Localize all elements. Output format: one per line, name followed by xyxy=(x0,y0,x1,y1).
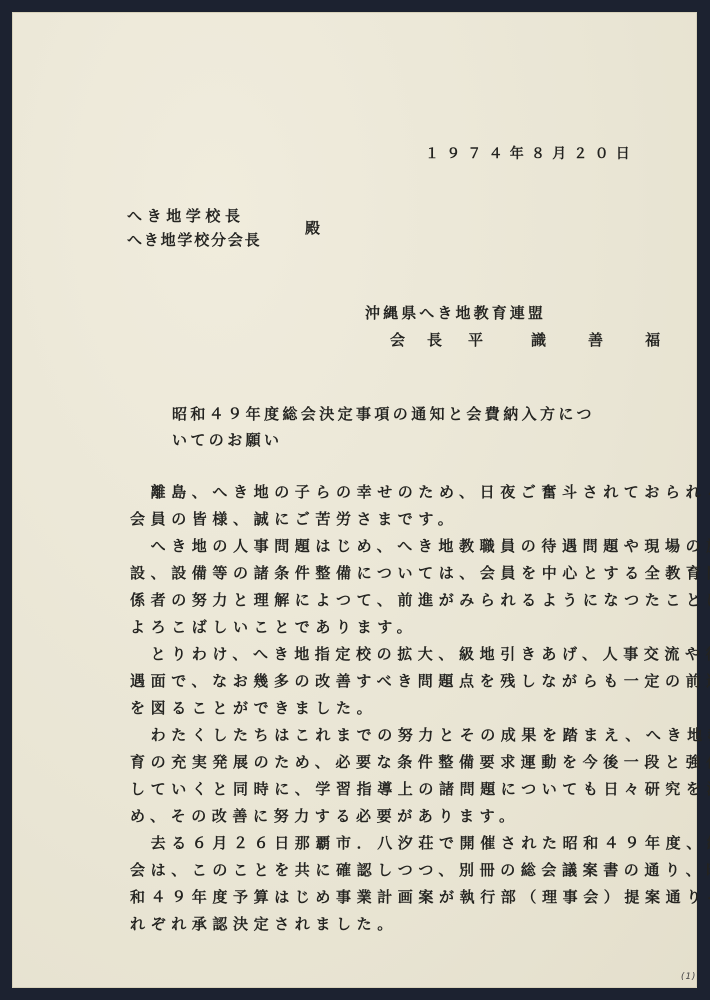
body-line: よろこばしいことであります。 xyxy=(130,617,417,637)
letter-date: １９７４年８月２０日 xyxy=(425,144,637,164)
body-line: 遇面で、なお幾多の改善すべき問題点を残しながらも一定の前進 xyxy=(130,671,710,691)
body-line: 会は、このことを共に確認しつつ、別冊の総会議案書の通り、昭 xyxy=(130,860,710,880)
body-line: 係者の努力と理解によつて、前進がみられるようになつたことは xyxy=(130,590,710,610)
body-line: め、その改善に努力する必要があります。 xyxy=(130,806,520,826)
body-line: 和４９年度予算はじめ事業計画案が執行部（理事会）提案通りそ xyxy=(130,887,710,907)
body-line: を図ることができました。 xyxy=(130,698,377,718)
sender-name-4: 福 xyxy=(645,330,660,350)
letter-page: １９７４年８月２０日 へき地学校長 へき地学校分会長 殿 沖縄県へき地教育連盟 … xyxy=(12,12,697,988)
honorific: 殿 xyxy=(305,218,320,238)
page-number: (1) xyxy=(680,972,696,982)
recipient-line-2: へき地学校分会長 xyxy=(127,230,261,250)
body-line: 離島、へき地の子らの幸せのため、日夜ご奮斗されておられる xyxy=(130,482,710,502)
subject-line-1: 昭和４９年度総会決定事項の通知と会費納入方につ xyxy=(172,404,595,424)
body-line: れぞれ承認決定されました。 xyxy=(130,914,398,934)
body-line: 育の充実発展のため、必要な条件整備要求運動を今後一段と強化 xyxy=(130,752,710,772)
body-line: 設、設備等の諸条件整備については、会員を中心とする全教育関 xyxy=(130,563,710,583)
sender-title: 会長 xyxy=(390,330,464,350)
body-line: とりわけ、へき地指定校の拡大、級地引きあげ、人事交流や待 xyxy=(130,644,710,664)
body-line: 去る６月２６日那覇市．八汐荘で開催された昭和４９年度、総 xyxy=(130,833,710,853)
body-line: していくと同時に、学習指導上の諸問題についても日々研究を深 xyxy=(130,779,710,799)
body-line: わたくしたちはこれまでの努力とその成果を踏まえ、へき地教 xyxy=(130,725,710,745)
sender-name-3: 善 xyxy=(588,330,603,350)
sender-name-2: 識 xyxy=(531,330,546,350)
sender-signature: 会長平識善福 xyxy=(390,330,660,350)
sender-name-1: 平 xyxy=(468,330,483,350)
body-line: へき地の人事問題はじめ、へき地教職員の待遇問題や現場の施 xyxy=(130,536,710,556)
sender-organization: 沖縄県へき地教育連盟 xyxy=(365,303,546,323)
recipient-line-1: へき地学校長 xyxy=(127,206,245,226)
body-line: 会員の皆様、誠にご苦労さまです。 xyxy=(130,509,458,529)
subject-line-2: いてのお願い xyxy=(172,430,282,450)
